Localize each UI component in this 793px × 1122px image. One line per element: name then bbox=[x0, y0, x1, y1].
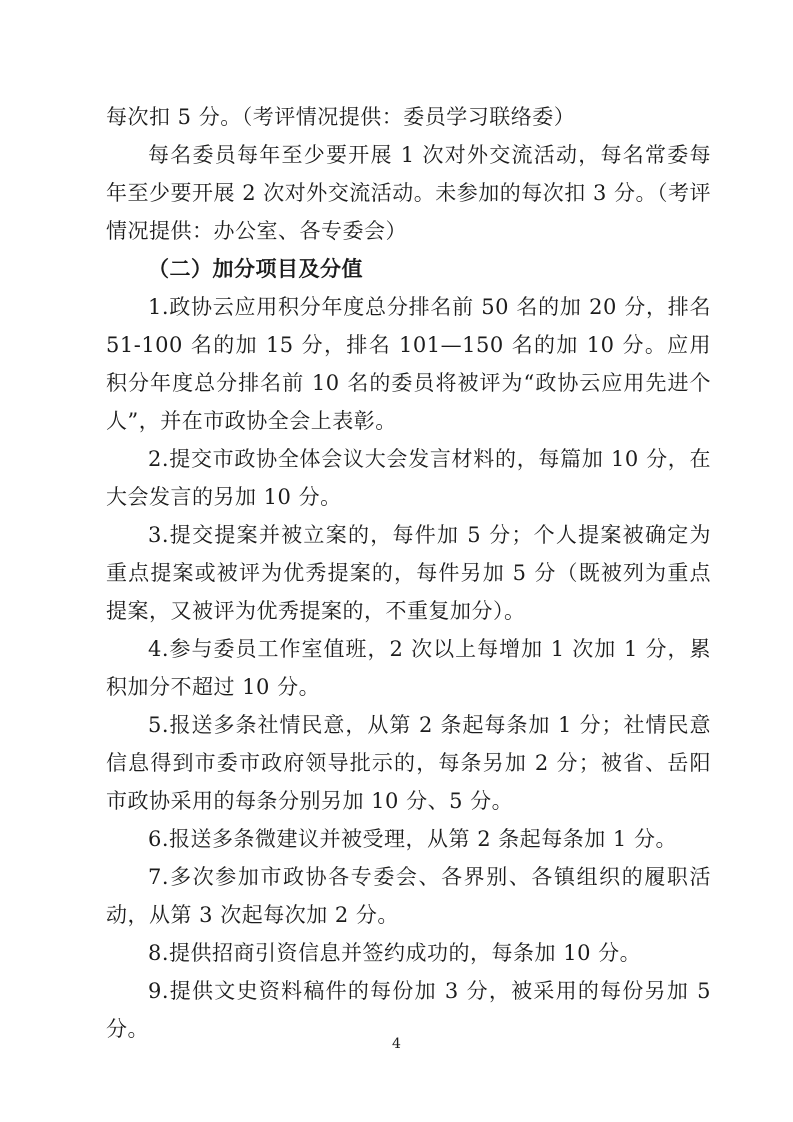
document-page: 每次扣 5 分。（考评情况提供：委员学习联络委） 每名委员每年至少要开展 1 次… bbox=[0, 0, 793, 1122]
list-item-4: 4.参与委员工作室值班，2 次以上每增加 1 次加 1 分，累积加分不超过 10… bbox=[106, 630, 711, 706]
list-item-2: 2.提交市政协全体会议大会发言材料的，每篇加 10 分，在大会发言的另加 10 … bbox=[106, 440, 711, 516]
page-number: 4 bbox=[0, 1034, 793, 1054]
list-item-7: 7.多次参加市政协各专委会、各界别、各镇组织的履职活动，从第 3 次起每次加 2… bbox=[106, 858, 711, 934]
list-item-1: 1.政协云应用积分年度总分排名前 50 名的加 20 分，排名 51-100 名… bbox=[106, 288, 711, 440]
list-item-8: 8.提供招商引资信息并签约成功的，每条加 10 分。 bbox=[106, 934, 711, 972]
section-heading-bonus-items: （二）加分项目及分值 bbox=[106, 250, 711, 288]
list-item-5: 5.报送多条社情民意，从第 2 条起每条加 1 分；社情民意信息得到市委市政府领… bbox=[106, 706, 711, 820]
paragraph-exchange-activity: 每名委员每年至少要开展 1 次对外交流活动，每名常委每年至少要开展 2 次对外交… bbox=[106, 136, 711, 250]
list-item-6: 6.报送多条微建议并被受理，从第 2 条起每条加 1 分。 bbox=[106, 820, 711, 858]
document-body: 每次扣 5 分。（考评情况提供：委员学习联络委） 每名委员每年至少要开展 1 次… bbox=[106, 98, 711, 1048]
paragraph-continuation: 每次扣 5 分。（考评情况提供：委员学习联络委） bbox=[106, 98, 711, 136]
list-item-3: 3.提交提案并被立案的，每件加 5 分；个人提案被确定为重点提案或被评为优秀提案… bbox=[106, 516, 711, 630]
